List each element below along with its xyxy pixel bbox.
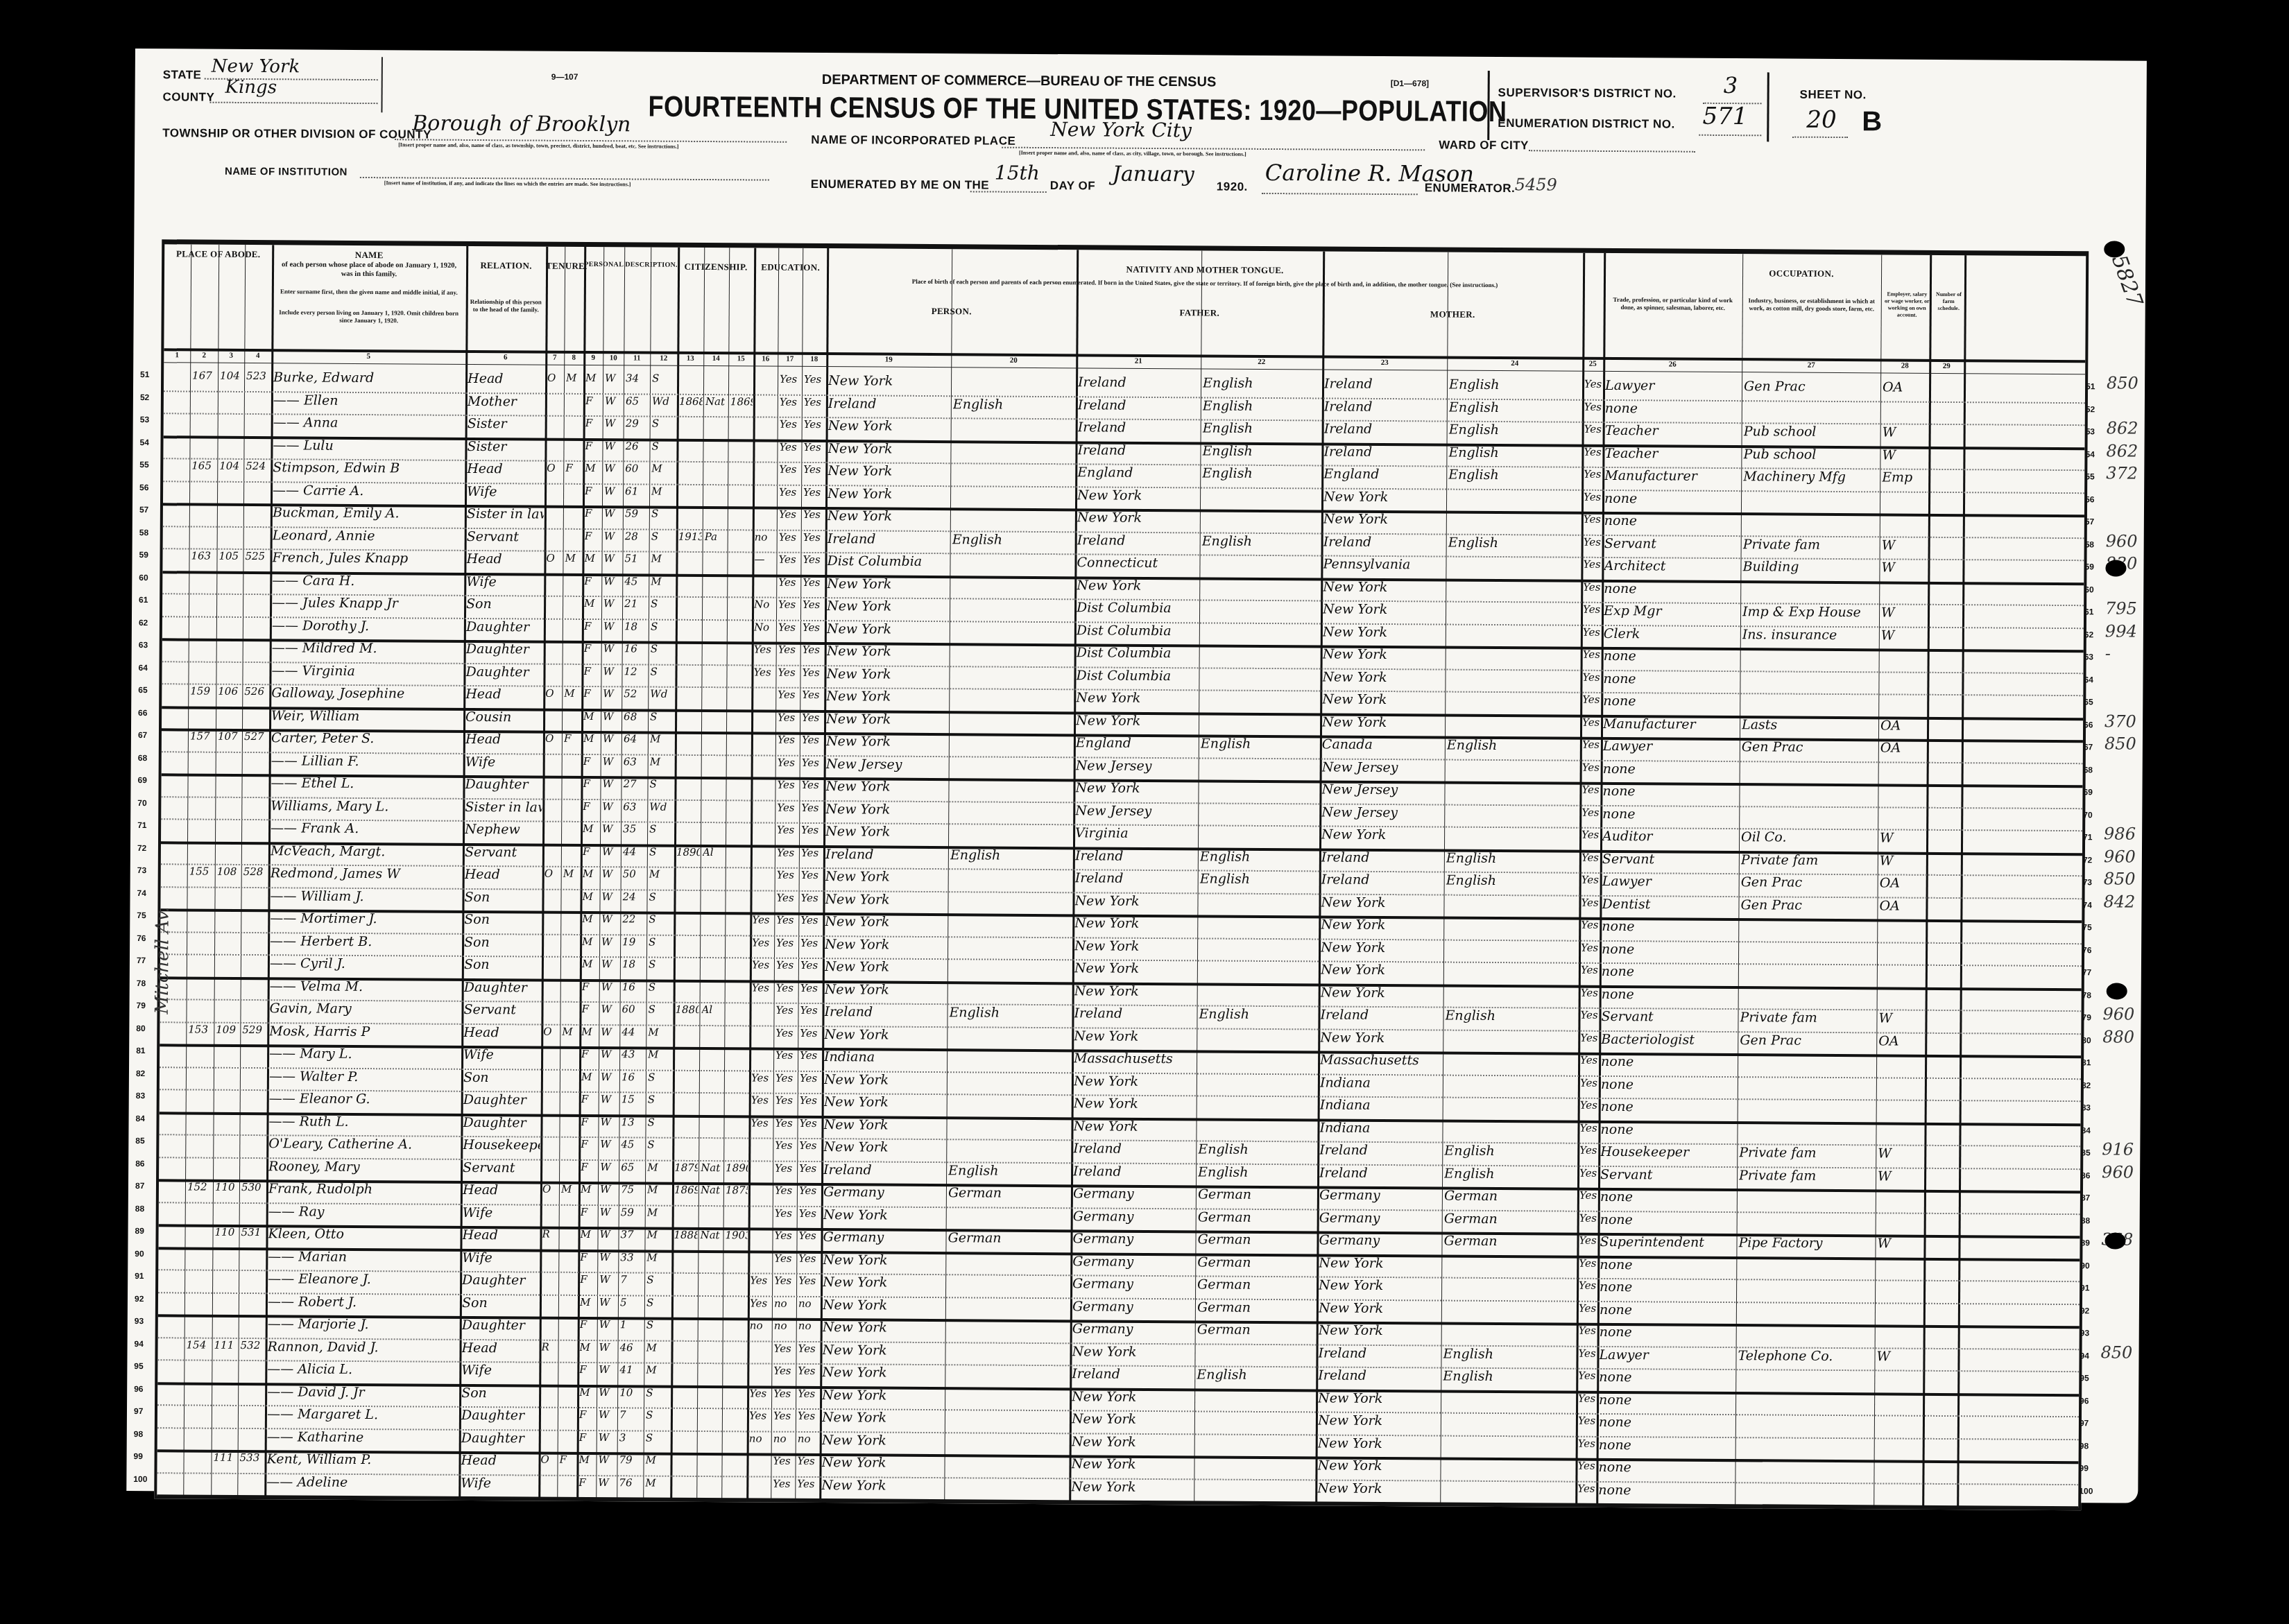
cell-trade: Lawyer (1605, 378, 1741, 394)
cell-read: Yes (775, 1049, 797, 1062)
cell-relation: Housekeeper (463, 1137, 540, 1153)
cell-write: Yes (800, 1094, 821, 1107)
occupation-code: 850 (2107, 373, 2138, 392)
cell-mpob: New York (1321, 895, 1443, 910)
cell-write: Yes (798, 1455, 819, 1467)
cell-write: Yes (800, 1026, 821, 1039)
cell-sex: F (581, 1138, 597, 1150)
cell-pob: New York (826, 734, 948, 750)
line-number-left: 97 (134, 1406, 143, 1416)
cell-read: Yes (780, 373, 801, 386)
cell-mpob: New York (1323, 624, 1445, 640)
cell-eng: Yes (1581, 806, 1600, 818)
cell-mpob: Ireland (1321, 849, 1443, 865)
cell-sex: M (580, 1340, 597, 1353)
cell-write: Yes (801, 779, 823, 791)
line-number: 98 (2080, 1441, 2089, 1451)
cell-name: French, Jules Knapp (272, 550, 463, 567)
cell-write: Yes (804, 395, 825, 408)
cell-fpob: New York (1077, 487, 1199, 503)
cell-race: W (601, 1071, 619, 1083)
column-number: 22 (1201, 357, 1322, 366)
cell-fpob: Ireland (1078, 374, 1200, 390)
cell-mmt: English (1443, 1369, 1575, 1385)
header-citizenship: CITIZENSHIP. (678, 261, 754, 273)
street-name: Mitchell Av. (152, 907, 173, 1014)
cell-industry: Gen Prac (1740, 897, 1876, 913)
cell-emp: OA (1880, 875, 1926, 890)
cell-mpob: New Jersey (1321, 781, 1443, 797)
cell-sex: M (581, 1183, 597, 1195)
cell-read: Yes (778, 553, 800, 566)
cell-mpob: New York (1323, 489, 1446, 505)
cell-race: W (603, 575, 621, 587)
cell-eng: Yes (1581, 919, 1599, 931)
cell-age: 3 (619, 1431, 643, 1444)
occupation-code: 960 (2102, 1162, 2134, 1182)
cell-fmt: English (1197, 1367, 1315, 1383)
cell-dwelling: 107 (218, 730, 241, 743)
cell-trade: none (1603, 761, 1739, 777)
cell-relation: Daughter (461, 1408, 538, 1424)
cell-fpob: Germany (1072, 1254, 1194, 1270)
institution-hint: [Insert name of institution, if any, and… (384, 180, 631, 187)
cell-trade: none (1600, 1121, 1736, 1137)
cell-mmt: German (1444, 1189, 1577, 1204)
cell-emp: W (1881, 560, 1927, 575)
cell-dwelling: 106 (218, 685, 241, 698)
line-number: 97 (2080, 1418, 2089, 1428)
cell-mmt: English (1449, 399, 1581, 415)
cell-relation: Servant (465, 844, 542, 860)
cell-eng: Yes (1579, 1121, 1597, 1134)
cell-race: W (599, 1386, 617, 1399)
cell-pob: New York (822, 1433, 944, 1449)
cell-relation: Wife (465, 754, 542, 770)
cell-eng: Yes (1584, 378, 1602, 390)
occupation-code: 862 (2107, 418, 2138, 438)
cell-trade: Architect (1604, 558, 1740, 574)
cell-name: —— Cyril J. (270, 956, 461, 972)
cell-house: 154 (187, 1338, 212, 1351)
cell-read: Yes (775, 1071, 797, 1084)
cell-house: 167 (192, 370, 217, 382)
cell-mmt: English (1443, 1346, 1575, 1362)
line-number: 88 (2081, 1216, 2090, 1225)
cell-fpob: Ireland (1073, 1164, 1195, 1180)
cell-fpob: New York (1074, 1073, 1196, 1089)
cell-fpob: New York (1071, 1456, 1193, 1472)
line-number-left: 57 (139, 505, 148, 515)
cell-mpob: New York (1322, 691, 1444, 707)
cell-pob: Indiana (824, 1049, 946, 1065)
cell-industry: Pub school (1743, 447, 1879, 463)
cell-fpob: Germany (1072, 1299, 1194, 1315)
cell-mortgage: M (565, 552, 581, 564)
cell-eng: Yes (1577, 1482, 1595, 1494)
cell-marital: S (651, 508, 676, 520)
line-number-left: 62 (139, 618, 148, 628)
cell-race: W (605, 417, 623, 429)
cell-house: 155 (189, 865, 214, 877)
line-number-left: 74 (137, 888, 146, 898)
cell-age: 75 (621, 1183, 644, 1195)
cell-mmt: English (1446, 850, 1579, 866)
cell-trade: Manufacturer (1604, 468, 1740, 484)
cell-mpob: New York (1323, 511, 1446, 527)
cell-fmt: German (1197, 1322, 1316, 1338)
cell-marital: M (651, 485, 676, 497)
cell-eng: Yes (1582, 671, 1600, 683)
cell-mpob: New York (1319, 1277, 1441, 1293)
line-number-left: 76 (137, 933, 146, 943)
cell-name: —— Jules Knapp Jr (272, 595, 463, 612)
cell-pob: New York (823, 1275, 945, 1290)
cell-fpob: Massachusetts (1074, 1051, 1196, 1066)
cell-mpob: New York (1322, 714, 1444, 730)
cell-sex: F (579, 1431, 596, 1443)
line-number: 86 (2081, 1171, 2090, 1180)
cell-mpob: New York (1318, 1390, 1440, 1406)
cell-race: W (603, 642, 621, 655)
cell-write: Yes (801, 801, 823, 813)
cell-write: Yes (801, 846, 823, 858)
cell-write: Yes (799, 1184, 821, 1197)
column-number: 17 (778, 355, 802, 363)
cell-age: 13 (621, 1116, 645, 1128)
cell-school: Yes (751, 1116, 772, 1129)
cell-eng: Yes (1579, 1211, 1597, 1224)
cell-marital: S (648, 1116, 672, 1128)
cell-dwelling: 110 (215, 1226, 239, 1238)
cell-marital: M (650, 755, 674, 768)
cell-pob: New York (822, 1365, 944, 1381)
cell-school: no (750, 1319, 771, 1331)
cell-school: Yes (752, 936, 773, 949)
line-number: 60 (2084, 585, 2093, 594)
cell-industry: Private fam (1740, 1010, 1876, 1026)
cell-fpob: New York (1072, 1344, 1194, 1360)
state-box-divider (381, 57, 382, 112)
census-year: 1920. (1217, 180, 1248, 194)
cell-name: Weir, William (271, 708, 463, 725)
cell-age: 60 (625, 462, 649, 474)
line-number-left: 61 (139, 595, 148, 605)
cell-pob: New York (826, 711, 948, 727)
cell-pob: New Jersey (826, 757, 948, 772)
cell-eng: Yes (1582, 738, 1600, 751)
cell-write: Yes (802, 666, 823, 678)
cell-trade: none (1602, 919, 1738, 935)
cell-relation: Sister in law (465, 799, 542, 815)
cell-eng: Yes (1584, 423, 1602, 435)
cell-tenure: O (547, 372, 563, 384)
enumerated-month: January (1113, 162, 1194, 187)
incorporated-hint: [Insert proper name and, also, name of c… (1019, 150, 1246, 157)
cell-nat: Pa (705, 530, 727, 543)
cell-name: —— Herbert B. (270, 933, 461, 950)
cell-trade: none (1599, 1415, 1735, 1431)
cell-eng: Yes (1579, 1302, 1597, 1314)
cell-mt: English (952, 532, 1074, 548)
cell-marital: S (648, 1071, 672, 1083)
cell-dwelling: 108 (217, 865, 241, 878)
cell-write: Yes (798, 1365, 819, 1377)
cell-relation: Son (466, 596, 543, 612)
cell-immig: 1888 (674, 1229, 698, 1241)
cell-family: 528 (243, 865, 268, 878)
cell-fmt: German (1197, 1254, 1316, 1270)
cell-trade: Lawyer (1599, 1347, 1735, 1363)
cell-age: 19 (622, 935, 646, 948)
line-number: 58 (2085, 539, 2094, 549)
cell-sex: F (581, 1048, 598, 1060)
cell-write: Yes (798, 1410, 819, 1422)
cell-mmt: English (1446, 873, 1579, 889)
column-number: 11 (624, 354, 650, 362)
cell-read: Yes (775, 1094, 797, 1107)
cell-write: Yes (799, 1139, 821, 1152)
cell-pob: New York (822, 1410, 944, 1426)
cell-mpob: New York (1318, 1435, 1440, 1451)
cell-age: 60 (621, 1003, 645, 1015)
line-number: 71 (2083, 832, 2092, 842)
cell-write: Yes (803, 621, 824, 633)
cell-sex: M (582, 935, 599, 947)
cell-trade: Teacher (1604, 445, 1740, 461)
column-number: 24 (1447, 359, 1582, 368)
cell-name: Rannon, David J. (268, 1339, 459, 1356)
cell-pob: New York (828, 463, 950, 479)
header-nativity-desc: Place of birth of each person and parent… (841, 277, 1569, 289)
cell-sex: F (581, 1115, 598, 1128)
cell-sex: M (581, 1025, 598, 1037)
cell-name: Mosk, Harris P (269, 1023, 461, 1040)
cell-mmt: English (1448, 444, 1581, 460)
cell-pob: New York (823, 1207, 945, 1223)
cell-relation: Head (462, 1227, 539, 1243)
cell-trade: Lawyer (1602, 874, 1738, 890)
cell-race: W (599, 1318, 617, 1331)
cell-emp: W (1883, 424, 1928, 440)
county-dotline (210, 102, 378, 104)
cell-marital: M (647, 1184, 671, 1196)
cell-read: Yes (777, 846, 798, 858)
line-number-left: 77 (137, 956, 146, 965)
cell-race: W (599, 1251, 617, 1263)
line-number: 56 (2085, 494, 2094, 504)
cell-industry: Imp & Exp House (1742, 604, 1878, 620)
cell-age: 44 (621, 1026, 645, 1038)
cell-marital: S (647, 1139, 671, 1151)
line-number: 66 (2084, 720, 2093, 729)
cell-fpob: New York (1072, 1411, 1194, 1427)
cell-write: Yes (801, 824, 823, 836)
occupation-code: 960 (2104, 847, 2136, 866)
cell-age: 16 (624, 642, 648, 655)
cell-pob: New York (823, 1320, 945, 1336)
cell-mt: English (949, 1005, 1071, 1021)
cell-school: no (755, 530, 776, 543)
cell-sex: M (582, 890, 599, 902)
cell-read: Yes (778, 666, 799, 678)
cell-read: Yes (780, 395, 801, 408)
supervisor-label: SUPERVISOR'S DISTRICT NO. (1498, 86, 1677, 101)
cell-read: Yes (780, 418, 801, 431)
cell-age: 26 (625, 440, 649, 452)
ward-dotline (1529, 150, 1695, 152)
cell-pob: New York (822, 1342, 944, 1358)
cell-fpob: New York (1074, 1028, 1196, 1044)
cell-race: W (601, 890, 619, 903)
cell-mortgage: F (564, 732, 581, 745)
cell-emp: OA (1878, 1033, 1924, 1048)
cell-read: Yes (774, 1342, 796, 1354)
cell-mpob: New York (1321, 985, 1443, 1001)
cell-name: —— Robert J. (268, 1294, 459, 1311)
cell-trade: none (1602, 964, 1738, 980)
township-value: Borough of Brooklyn (412, 111, 631, 137)
cell-write: Yes (803, 643, 824, 656)
cell-sex: F (584, 642, 601, 655)
cell-write: Yes (802, 756, 823, 768)
cell-write: Yes (798, 1275, 820, 1287)
cell-immig: 1890 (676, 845, 700, 858)
cell-eng: Yes (1584, 490, 1602, 503)
line-number: 74 (2082, 900, 2091, 910)
cell-sex: F (583, 800, 599, 812)
cell-sex: F (580, 1250, 597, 1263)
cell-age: 63 (624, 755, 647, 768)
cell-name: —— Lulu (273, 438, 464, 454)
row-divider (157, 1494, 2078, 1509)
line-number-left: 66 (138, 708, 147, 718)
occupation-code: 850 (2104, 869, 2136, 888)
cell-tenure: O (546, 552, 562, 564)
county-label: COUNTY (163, 90, 215, 104)
cell-relation: Head (465, 732, 542, 748)
cell-sex: F (578, 1476, 595, 1488)
cell-trade: none (1600, 1324, 1735, 1340)
cell-read: Yes (778, 711, 799, 723)
cell-mpob: New York (1318, 1413, 1440, 1428)
cell-trade: none (1601, 1099, 1737, 1115)
cell-dwelling: 105 (218, 550, 242, 562)
cell-marital: S (649, 845, 674, 858)
punch-hole (2104, 1232, 2125, 1249)
cell-age: 18 (624, 620, 648, 632)
cell-house: 153 (188, 1023, 213, 1035)
cell-mpob: New York (1320, 1030, 1442, 1046)
cell-pob: Ireland (824, 1004, 946, 1020)
cell-mpob: Germany (1319, 1210, 1441, 1226)
cell-marital: M (646, 1454, 670, 1467)
cell-name: Kleen, Otto (268, 1226, 459, 1243)
cell-mortgage: M (561, 1183, 578, 1195)
cell-marital: M (649, 868, 674, 881)
cell-mpob: New York (1321, 917, 1443, 933)
cell-relation: Head (461, 1453, 538, 1469)
cell-eng: Yes (1580, 1009, 1598, 1021)
cell-tenure: O (541, 1453, 557, 1466)
cell-nat: Nat (701, 1229, 723, 1241)
cell-natyr: 1875 (726, 1184, 748, 1196)
line-number-left: 88 (135, 1204, 144, 1213)
line-number: 54 (2085, 449, 2094, 459)
cell-read: Yes (779, 508, 800, 521)
cell-tenure: O (545, 687, 561, 700)
occupation-code: 795 (2105, 598, 2137, 618)
cell-mt: English (948, 1163, 1070, 1179)
cell-sex: M (582, 958, 599, 970)
county-value: Kings (225, 77, 277, 98)
cell-read: Yes (774, 1252, 796, 1264)
cell-relation: Wife (463, 1204, 540, 1220)
cell-race: W (604, 485, 622, 497)
cell-sex: F (579, 1363, 596, 1376)
cell-race: W (604, 440, 622, 452)
cell-pob: New York (828, 418, 950, 434)
cell-mpob: New York (1322, 669, 1444, 685)
cell-write: no (798, 1432, 819, 1444)
enumeration-label: ENUMERATION DISTRICT NO. (1498, 116, 1674, 132)
side-code-note: 5827 (2107, 252, 2147, 310)
line-number: 65 (2084, 697, 2093, 707)
line-number: 63 (2084, 652, 2093, 662)
cell-age: 65 (621, 1161, 644, 1173)
cell-fmt: English (1203, 375, 1321, 391)
line-number-left: 55 (139, 460, 148, 469)
cell-fpob: New York (1074, 960, 1197, 976)
cell-write: Yes (797, 1477, 818, 1489)
line-number: 100 (2079, 1486, 2093, 1496)
cell-fpob: Ireland (1075, 848, 1197, 864)
cell-sex: F (584, 619, 601, 632)
cell-fpob: New York (1074, 1096, 1196, 1112)
cell-pob: New York (828, 441, 950, 457)
cell-sex: M (582, 913, 599, 925)
cell-race: W (599, 1273, 617, 1286)
cell-school: Yes (749, 1409, 771, 1422)
occupation-code: 960 (2102, 1004, 2134, 1023)
cell-trade: none (1599, 1437, 1735, 1453)
cell-mpob: New Jersey (1321, 804, 1443, 820)
column-number: 29 (1929, 362, 1964, 370)
line-number: 94 (2080, 1351, 2089, 1360)
cell-relation: Wife (462, 1250, 539, 1265)
cell-age: 64 (624, 732, 647, 745)
line-number-left: 83 (136, 1091, 145, 1100)
cell-industry: Lasts (1742, 717, 1878, 733)
cell-mortgage: M (566, 372, 583, 384)
cell-mpob: New York (1321, 827, 1443, 843)
cell-pob: New York (828, 373, 950, 389)
sheet-label: SHEET NO. (1800, 88, 1867, 103)
cell-mpob: Indiana (1320, 1097, 1442, 1113)
cell-emp: W (1877, 1236, 1923, 1251)
column-number: 27 (1742, 361, 1880, 370)
cell-marital: S (649, 890, 673, 903)
line-number: 62 (2084, 630, 2093, 639)
cell-write: Yes (799, 1161, 821, 1174)
cell-read: Yes (777, 801, 798, 813)
line-number: 59 (2084, 562, 2093, 571)
cell-relation: Wife (466, 573, 543, 589)
line-number: 73 (2083, 877, 2092, 887)
cell-race: W (601, 1003, 619, 1015)
cell-name: —— Velma M. (270, 978, 461, 995)
cell-read: Yes (778, 689, 799, 701)
